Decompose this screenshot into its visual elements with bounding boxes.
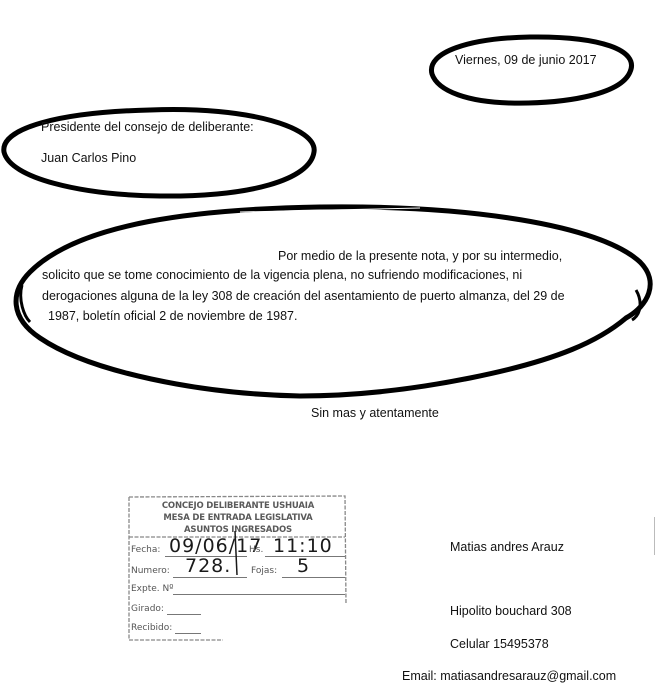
stamp-numero-value: 728.: [185, 555, 231, 577]
stamp-fojas-label: Fojas:: [251, 566, 277, 576]
stamp-header-line-2: MESA DE ENTRADA LEGISLATIVA: [127, 513, 349, 523]
stamp-expte-label: Expte. Nº: [131, 584, 174, 594]
stamp-fecha-label: Fecha:: [131, 545, 160, 555]
scan-edge-mark: [654, 517, 655, 555]
letter-date: Viernes, 09 de junio 2017: [455, 54, 597, 67]
body-line-2: solicito que se tome conocimiento de la …: [42, 269, 522, 282]
stamp-fojas-value: 5: [297, 555, 310, 577]
body-line-3: derogaciones alguna de la ley 308 de cre…: [42, 290, 565, 303]
stamp-numero-label: Numero:: [131, 566, 170, 576]
date-ellipse: [431, 37, 631, 103]
body-line-4: 1987, boletín oficial 2 de noviembre de …: [48, 310, 297, 323]
stamp-hs-label: Hs.: [249, 545, 263, 555]
reception-stamp: CONCEJO DELIBERANTE USHUAIA MESA DE ENTR…: [127, 494, 349, 642]
stamp-header-line-1: CONCEJO DELIBERANTE USHUAIA: [127, 501, 349, 511]
stamp-hs-value: 11:10: [273, 535, 333, 557]
sender-phone: Celular 15495378: [450, 638, 549, 651]
sender-address: Hipolito bouchard 308: [450, 605, 572, 618]
stamp-girado-label: Girado:: [131, 604, 164, 614]
recipient-name: Juan Carlos Pino: [41, 152, 136, 165]
stamp-recibido-label: Recibido:: [131, 623, 172, 633]
recipient-title: Presidente del consejo de deliberante:: [41, 121, 254, 134]
sender-email: Email: matiasandresarauz@gmail.com: [402, 670, 616, 683]
body-line-1: Por medio de la presente nota, y por su …: [278, 250, 562, 263]
closing-text: Sin mas y atentamente: [311, 407, 439, 420]
sender-name: Matias andres Arauz: [450, 541, 564, 554]
